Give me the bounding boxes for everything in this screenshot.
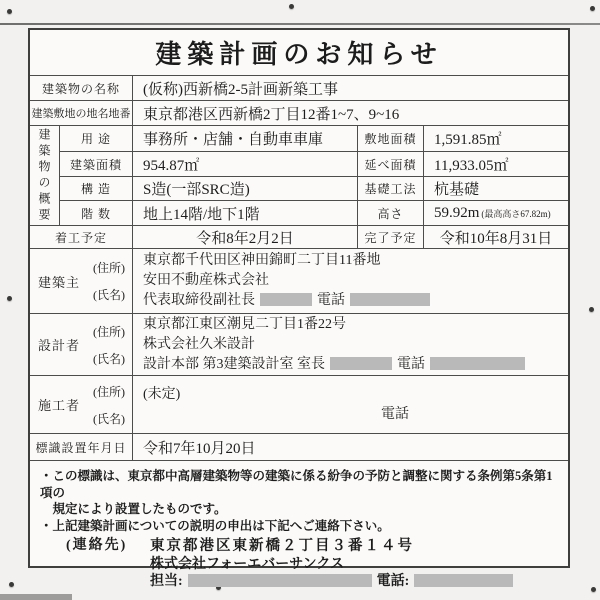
title-row: 建築計画のお知らせ [30,30,568,75]
designer-contact-line: 設計本部 第3建築設計室 室長電話 [143,355,568,375]
contractor-address-label: (住所) [93,383,125,400]
bolt-icon [289,4,294,9]
contractor-phone-line: 電話 [143,405,568,425]
sign-date-label: 標識設置年月日 [30,434,133,460]
site-area-label: 敷地面積 [358,126,424,151]
owner-role: 建築主 [38,272,80,291]
overview-side-label: 建築物の概要 [30,126,60,225]
photo-edge-shadow [0,594,72,600]
contact-block: (連絡先) 東京都港区東新橋２丁目３番１４号 株式会社フォーエバーサンクス 担当… [40,538,560,591]
owner-contact-line: 代表取締役副社長電話 [143,291,568,311]
overview-row-structure: 構 造 S造(一部SRC造) 基礎工法 杭基礎 [60,176,568,200]
designer-role: 設計者 [38,335,80,354]
sign-photo: 建築計画のお知らせ 建築物の名称 (仮称)西新橋2-5計画新築工事 建築敷地の地… [0,0,600,600]
construction-notice-board: 建築計画のお知らせ 建築物の名称 (仮称)西新橋2-5計画新築工事 建築敷地の地… [28,28,570,568]
height-value: 59.92m (最高高さ67.82m) [424,201,568,225]
owner-phone-label: 電話 [317,293,345,308]
redacted-name [260,293,312,306]
bolt-icon [590,6,595,11]
height-max-note: (最高高さ67.82m) [481,207,550,220]
start-date-value: 令和8年2月2日 [133,226,358,248]
bolt-icon [589,307,594,312]
end-date-label: 完了予定 [358,226,424,248]
designer-phone-label: 電話 [397,357,425,372]
owner-company: 安田不動産株式会社 [143,271,568,291]
contractor-name-label: (氏名) [93,410,125,427]
building-name-row: 建築物の名称 (仮称)西新橋2-5計画新築工事 [30,75,568,100]
designer-address-label: (住所) [93,323,125,340]
height-main: 59.92m [434,205,479,222]
bolt-icon [7,9,12,14]
designer-row: 設計者 (住所) (氏名) 東京都江東区潮見二丁目1番22号 株式会社久米設計 … [30,313,568,375]
foundation-value: 杭基礎 [424,177,568,200]
contact-staff-label: 担当: [150,574,183,589]
note-line-1: ・この標識は、東京都中高層建築物等の建築に係る紛争の予防と調整に関する条例第5条… [40,468,560,501]
owner-label: 建築主 (住所) (氏名) [30,249,133,313]
contractor-phone-label: 電話 [381,407,409,422]
designer-sublabels: (住所) (氏名) [93,323,125,367]
designer-name-label: (氏名) [93,350,125,367]
designer-value: 東京都江東区潮見二丁目1番22号 株式会社久米設計 設計本部 第3建築設計室 室… [133,314,568,375]
use-label: 用 途 [60,126,133,151]
notes-section: ・この標識は、東京都中高層建築物等の建築に係る紛争の予防と調整に関する条例第5条… [30,460,568,591]
building-area-label: 建築面積 [60,152,133,176]
contractor-label: 施工者 (住所) (氏名) [30,376,133,433]
floor-area-value: 11,933.05㎡ [424,152,568,176]
contact-person-line: 担当:電話: [150,573,518,591]
note-line-2: 規定により設置したものです。 [40,501,560,518]
contractor-role: 施工者 [38,395,80,414]
contact-label: (連絡先) [66,538,136,591]
panel-edge-line [0,23,600,25]
start-date-label: 着工予定 [30,226,133,248]
site-address-label: 建築敷地の地名地番 [30,101,133,125]
building-name-value: (仮称)西新橋2-5計画新築工事 [133,76,568,100]
owner-value: 東京都千代田区神田錦町二丁目11番地 安田不動産株式会社 代表取締役副社長電話 [133,249,568,313]
redacted-phone [350,293,430,306]
contact-address: 東京都港区東新橋２丁目３番１４号 [150,538,518,556]
owner-sublabels: (住所) (氏名) [93,259,125,303]
owner-address-label: (住所) [93,259,125,276]
sign-date-row: 標識設置年月日 令和7年10月20日 [30,433,568,460]
site-address-value: 東京都港区西新橋2丁目12番1~7、9~16 [133,101,568,125]
page-title: 建築計画のお知らせ [30,34,568,71]
designer-label: 設計者 (住所) (氏名) [30,314,133,375]
end-date-value: 令和10年8月31日 [424,226,568,248]
contractor-status: (未定) [143,385,568,405]
redacted-staff [188,574,372,587]
owner-address: 東京都千代田区神田錦町二丁目11番地 [143,251,568,271]
owner-rep-title: 代表取締役副社長 [143,293,255,308]
owner-row: 建築主 (住所) (氏名) 東京都千代田区神田錦町二丁目11番地 安田不動産株式… [30,248,568,313]
redacted-name [330,357,392,370]
foundation-label: 基礎工法 [358,177,424,200]
building-overview-section: 建築物の概要 用 途 事務所・店舗・自動車車庫 敷地面積 1,591.85㎡ 建… [30,125,568,225]
overview-row-building-area: 建築面積 954.87㎡ 延べ面積 11,933.05㎡ [60,151,568,176]
note-line-3: ・上記建築計画についての説明の申出は下記へご連絡下さい。 [40,518,560,535]
overview-row-floors: 階 数 地上14階/地下1階 高さ 59.92m (最高高さ67.82m) [60,200,568,225]
designer-address: 東京都江東区潮見二丁目1番22号 [143,315,568,335]
owner-name-label: (氏名) [93,286,125,303]
site-address-row: 建築敷地の地名地番 東京都港区西新橋2丁目12番1~7、9~16 [30,100,568,125]
bolt-icon [7,296,12,301]
redacted-phone [430,357,525,370]
contractor-row: 施工者 (住所) (氏名) (未定) 電話 [30,375,568,433]
height-label: 高さ [358,201,424,225]
bolt-icon [591,587,596,592]
schedule-row: 着工予定 令和8年2月2日 完了予定 令和10年8月31日 [30,225,568,248]
contact-company: 株式会社フォーエバーサンクス [150,556,518,574]
contact-lines: 東京都港区東新橋２丁目３番１４号 株式会社フォーエバーサンクス 担当:電話: [150,538,518,591]
site-area-value: 1,591.85㎡ [424,126,568,151]
structure-label: 構 造 [60,177,133,200]
designer-company: 株式会社久米設計 [143,335,568,355]
designer-dept: 設計本部 第3建築設計室 室長 [143,357,325,372]
contractor-value: (未定) 電話 [133,376,568,433]
building-name-label: 建築物の名称 [30,76,133,100]
bolt-icon [9,582,14,587]
overview-row-use: 用 途 事務所・店舗・自動車車庫 敷地面積 1,591.85㎡ [60,126,568,151]
contact-phone-label: 電話: [377,574,410,589]
sign-date-value: 令和7年10月20日 [133,434,568,460]
use-value: 事務所・店舗・自動車車庫 [133,126,358,151]
structure-value: S造(一部SRC造) [133,177,358,200]
redacted-phone [414,574,513,587]
floors-label: 階 数 [60,201,133,225]
floor-area-label: 延べ面積 [358,152,424,176]
floors-value: 地上14階/地下1階 [133,201,358,225]
contractor-sublabels: (住所) (氏名) [93,383,125,427]
building-area-value: 954.87㎡ [133,152,358,176]
